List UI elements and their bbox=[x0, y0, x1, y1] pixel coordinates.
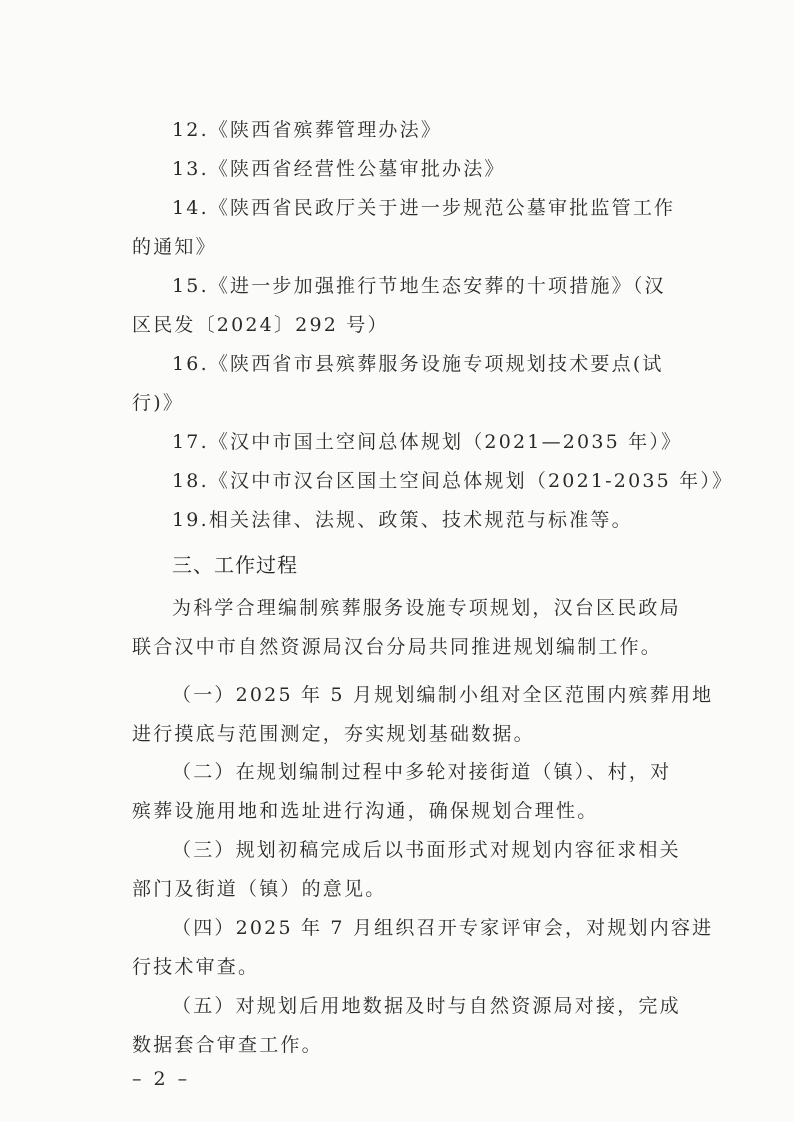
reference-item-18: 18.《汉中市汉台区国土空间总体规划（2021-2035 年）》 bbox=[172, 469, 672, 493]
step-1-line-1: （一）2025 年 5 月规划编制小组对全区范围内殡葬用地 bbox=[172, 683, 672, 707]
reference-item-16: 16.《陕西省市县殡葬服务设施专项规划技术要点(试 bbox=[172, 352, 672, 376]
step-4-line-1: （四）2025 年 7 月组织召开专家评审会，对规划内容进 bbox=[172, 916, 672, 940]
reference-item-15: 15.《进一步加强推行节地生态安葬的十项措施》（汉 bbox=[172, 274, 672, 298]
reference-item-14-cont: 的通知》 bbox=[132, 235, 672, 259]
document-page: 12.《陕西省殡葬管理办法》 13.《陕西省经营性公墓审批办法》 14.《陕西省… bbox=[0, 0, 794, 1122]
reference-item-17: 17.《汉中市国土空间总体规划（2021—2035 年）》 bbox=[172, 430, 672, 454]
intro-paragraph-line-1: 为科学合理编制殡葬服务设施专项规划，汉台区民政局 bbox=[172, 596, 672, 620]
reference-item-14: 14.《陕西省民政厅关于进一步规范公墓审批监管工作 bbox=[172, 196, 672, 220]
reference-item-16-cont: 行)》 bbox=[132, 391, 672, 415]
step-4-line-2: 行技术审查。 bbox=[132, 955, 672, 979]
step-5-line-2: 数据套合审查工作。 bbox=[132, 1033, 672, 1057]
reference-item-12: 12.《陕西省殡葬管理办法》 bbox=[172, 118, 672, 142]
step-2-line-2: 殡葬设施用地和选址进行沟通，确保规划合理性。 bbox=[132, 799, 672, 823]
reference-item-19: 19.相关法律、法规、政策、技术规范与标准等。 bbox=[172, 508, 672, 532]
reference-item-15-cont: 区民发〔2024〕292 号） bbox=[132, 313, 672, 337]
section-heading: 三、工作过程 bbox=[172, 553, 672, 577]
step-2-line-1: （二）在规划编制过程中多轮对接街道（镇）、村，对 bbox=[172, 760, 672, 784]
page-number: – 2 – bbox=[132, 1068, 190, 1090]
step-1-line-2: 进行摸底与范围测定，夯实规划基础数据。 bbox=[132, 722, 672, 746]
intro-paragraph-line-2: 联合汉中市自然资源局汉台分局共同推进规划编制工作。 bbox=[132, 635, 672, 659]
step-3-line-1: （三）规划初稿完成后以书面形式对规划内容征求相关 bbox=[172, 838, 672, 862]
reference-item-13: 13.《陕西省经营性公墓审批办法》 bbox=[172, 157, 672, 181]
step-5-line-1: （五）对规划后用地数据及时与自然资源局对接，完成 bbox=[172, 994, 672, 1018]
step-3-line-2: 部门及街道（镇）的意见。 bbox=[132, 877, 672, 901]
